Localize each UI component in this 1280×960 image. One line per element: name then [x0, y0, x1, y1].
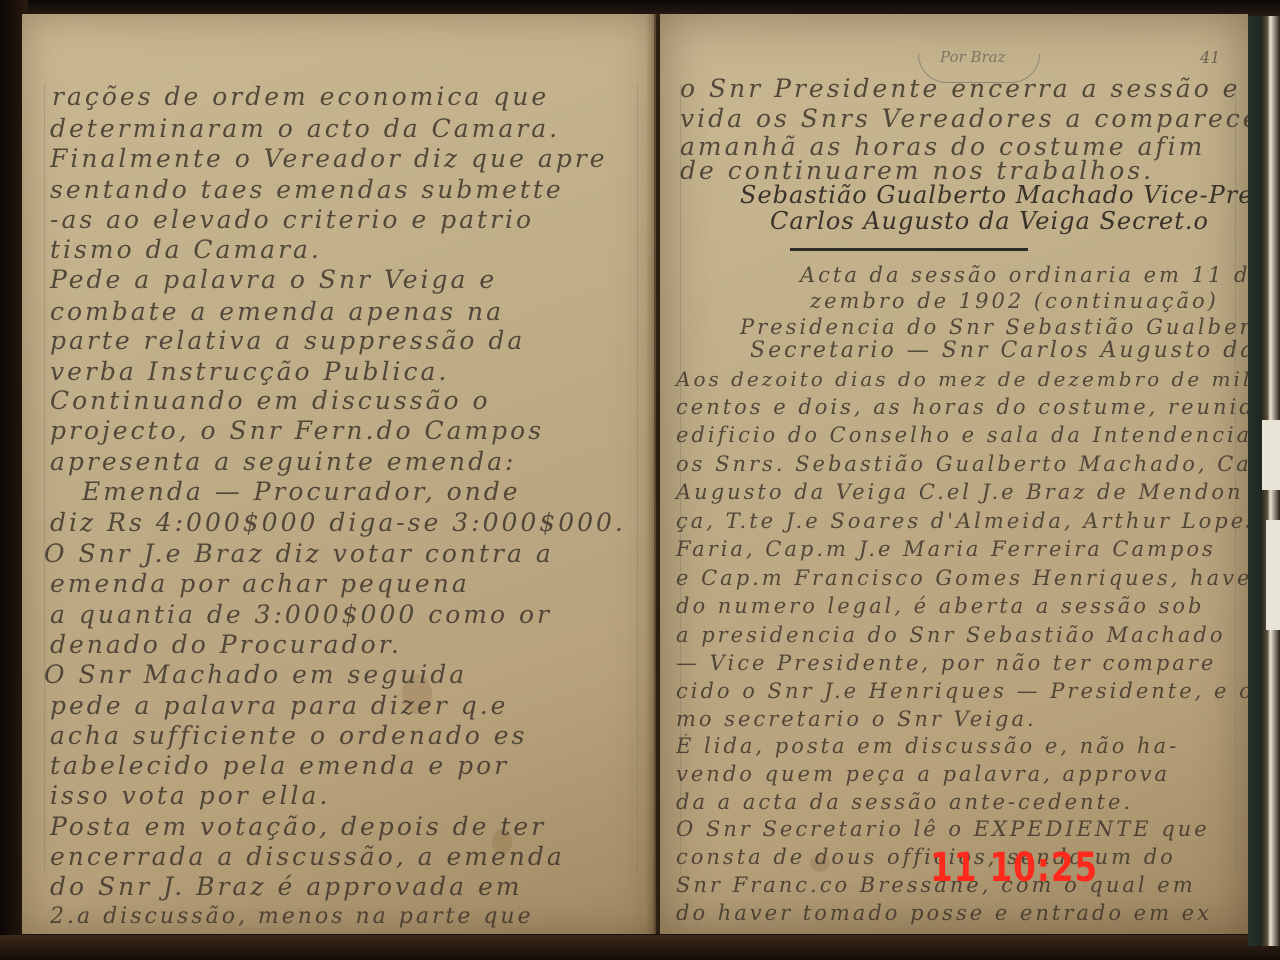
signature-secretary: Carlos Augusto da Veiga Secret.o — [770, 206, 1209, 236]
handwritten-line: cido o Snr J.e Henriques — Presidente, e… — [676, 676, 1270, 706]
handwritten-line: rações de ordem economica que — [52, 82, 549, 112]
handwritten-line: o Snr Presidente encerra a sessão e con — [680, 74, 1280, 104]
handwritten-line: vida os Snrs Vereadores a comparecerem — [680, 104, 1280, 134]
handwritten-line: O Snr J.e Braz diz votar contra a — [44, 539, 554, 569]
handwritten-line: Posta em votação, depois de ter — [50, 812, 546, 842]
handwritten-line: denado do Procurador. — [50, 630, 402, 660]
handwritten-line: encerrada a discussão, a emenda — [50, 842, 565, 872]
handwritten-line: Faria, Cap.m J.e Maria Ferreira Campos — [676, 534, 1216, 564]
handwritten-line: Emenda — Procurador, onde — [82, 477, 521, 507]
handwritten-line: consta de dous officios, sendo um do — [676, 842, 1176, 872]
handwritten-line: verba Instrucção Publica. — [50, 357, 449, 387]
handwritten-line: sentando taes emendas submette — [50, 175, 564, 205]
handwritten-line: diz Rs 4:000$000 diga-se 3:000$000. — [50, 508, 626, 538]
handwritten-line: os Snrs. Sebastião Gualberto Machado, Ca… — [676, 449, 1280, 479]
handwritten-line: ça, T.te J.e Soares d'Almeida, Arthur Lo… — [676, 506, 1280, 536]
handwritten-line: do haver tomado posse e entrado em ex — [676, 898, 1212, 928]
handwritten-line: do numero legal, é aberta a sessão sob — [676, 591, 1205, 621]
torn-page-edge — [1266, 520, 1280, 630]
left-page: rações de ordem economica que determinar… — [22, 14, 656, 934]
handwritten-line: parte relativa a suppressão da — [50, 326, 525, 356]
handwritten-line: projecto, o Snr Fern.do Campos — [50, 416, 544, 446]
right-margin-rule — [637, 84, 638, 874]
background-bottom — [0, 935, 1280, 960]
handwritten-line: edificio do Conselho e sala da Intendenc… — [676, 420, 1252, 450]
handwritten-line-expediente: O Snr Secretario lê o EXPEDIENTE que — [676, 814, 1210, 844]
handwritten-line: — Vice Presidente, por não ter compare — [676, 648, 1216, 678]
handwritten-line: tabelecido pela emenda e por — [50, 751, 509, 781]
handwritten-line: determinaram o acto da Camara. — [50, 114, 560, 144]
camera-timestamp-overlay: 11 10:25 — [930, 845, 1098, 891]
handwritten-line: centos e dois, as horas do costume, reun… — [676, 392, 1280, 422]
handwritten-line: apresenta a seguinte emenda: — [50, 447, 516, 477]
handwritten-line: pede a palavra para dizer q.e — [50, 691, 508, 721]
section-divider — [790, 248, 1028, 251]
handwritten-line: do Snr J. Braz é approvada em — [50, 872, 523, 902]
handwritten-line: É lida, posta em discussão e, não ha- — [676, 731, 1179, 761]
secretary-line: Secretario — Snr Carlos Augusto da Veiga — [750, 336, 1280, 366]
handwritten-line: e Cap.m Francisco Gomes Henriques, haven… — [676, 563, 1280, 593]
handwritten-line: vendo quem peça a palavra, approva — [676, 759, 1170, 789]
handwritten-line: mo secretario o Snr Veiga. — [676, 704, 1037, 734]
handwritten-line: -as ao elevado criterio e patrio — [50, 205, 534, 235]
right-page: Por Braz 41 o Snr Presidente encerra a s… — [660, 14, 1248, 934]
handwritten-line: Pede a palavra o Snr Veiga e — [50, 265, 497, 295]
handwritten-line: Augusto da Veiga C.el J.e Braz de Mendon — [676, 477, 1244, 507]
handwritten-line: 2.a discussão, menos na parte que — [50, 902, 534, 932]
left-margin-rule — [44, 84, 45, 874]
handwritten-line: Aos dezoito dias do mez de dezembro de m… — [676, 364, 1280, 394]
handwritten-line: Finalmente o Vereador diz que apre — [50, 144, 608, 174]
handwritten-line: isso vota por ella. — [50, 781, 330, 811]
handwritten-line: O Snr Machado em seguida — [44, 660, 467, 690]
torn-page-edge — [1262, 420, 1280, 490]
handwritten-line: tismo da Camara. — [50, 235, 322, 265]
page-number: 41 — [1200, 48, 1220, 67]
handwritten-line: combate a emenda apenas na — [50, 297, 504, 327]
handwritten-line: a quantia de 3:000$000 como or — [50, 600, 552, 630]
handwritten-line: a presidencia do Snr Sebastião Machado — [676, 620, 1226, 650]
handwritten-line: Continuando em discussão o — [50, 386, 491, 416]
handwritten-line: emenda por achar pequena — [50, 569, 470, 599]
handwritten-line: da a acta da sessão ante-cedente. — [676, 787, 1133, 817]
handwritten-line: acha sufficiente o ordenado es — [50, 721, 527, 751]
